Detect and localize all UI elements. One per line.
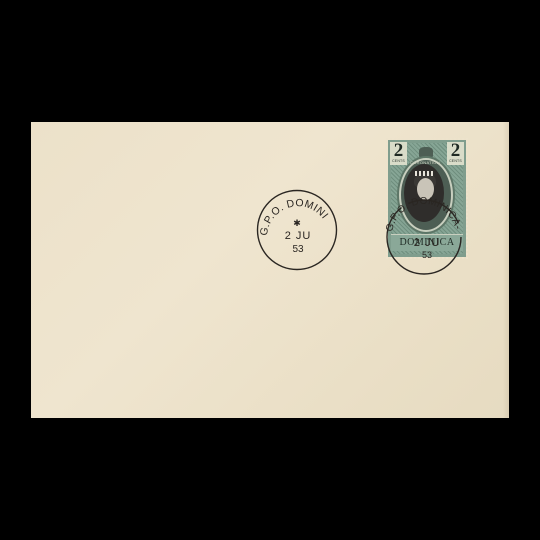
postmark-year: 53 (292, 244, 304, 255)
tiara-icon (415, 171, 435, 176)
svg-text:G.P.O. DOMINICA-: G.P.O. DOMINICA- (249, 177, 331, 237)
postmark-stamp-date: 2 JU (414, 237, 441, 249)
stamp-value-right: 2 CENTS (447, 142, 464, 165)
postmark-on-stamp: G.P.O. DOMINICA- 2 JU 53 (383, 196, 465, 278)
svg-text:G.P.O. DOMINICA-: G.P.O. DOMINICA- (384, 196, 463, 233)
crown-icon (419, 147, 433, 157)
postmark-star: ✱ (293, 218, 301, 228)
postmark-stamp-year: 53 (422, 250, 432, 260)
postmark-stamp-arc-text: G.P.O. DOMINICA- (384, 196, 463, 233)
postmark-date: 2 JU (285, 230, 312, 242)
postmark-left: G.P.O. DOMINICA- ✱ 2 JU 53 (253, 186, 341, 274)
postmark-arc-text: G.P.O. DOMINICA- (249, 177, 331, 237)
envelope-edge-shade (503, 122, 509, 418)
